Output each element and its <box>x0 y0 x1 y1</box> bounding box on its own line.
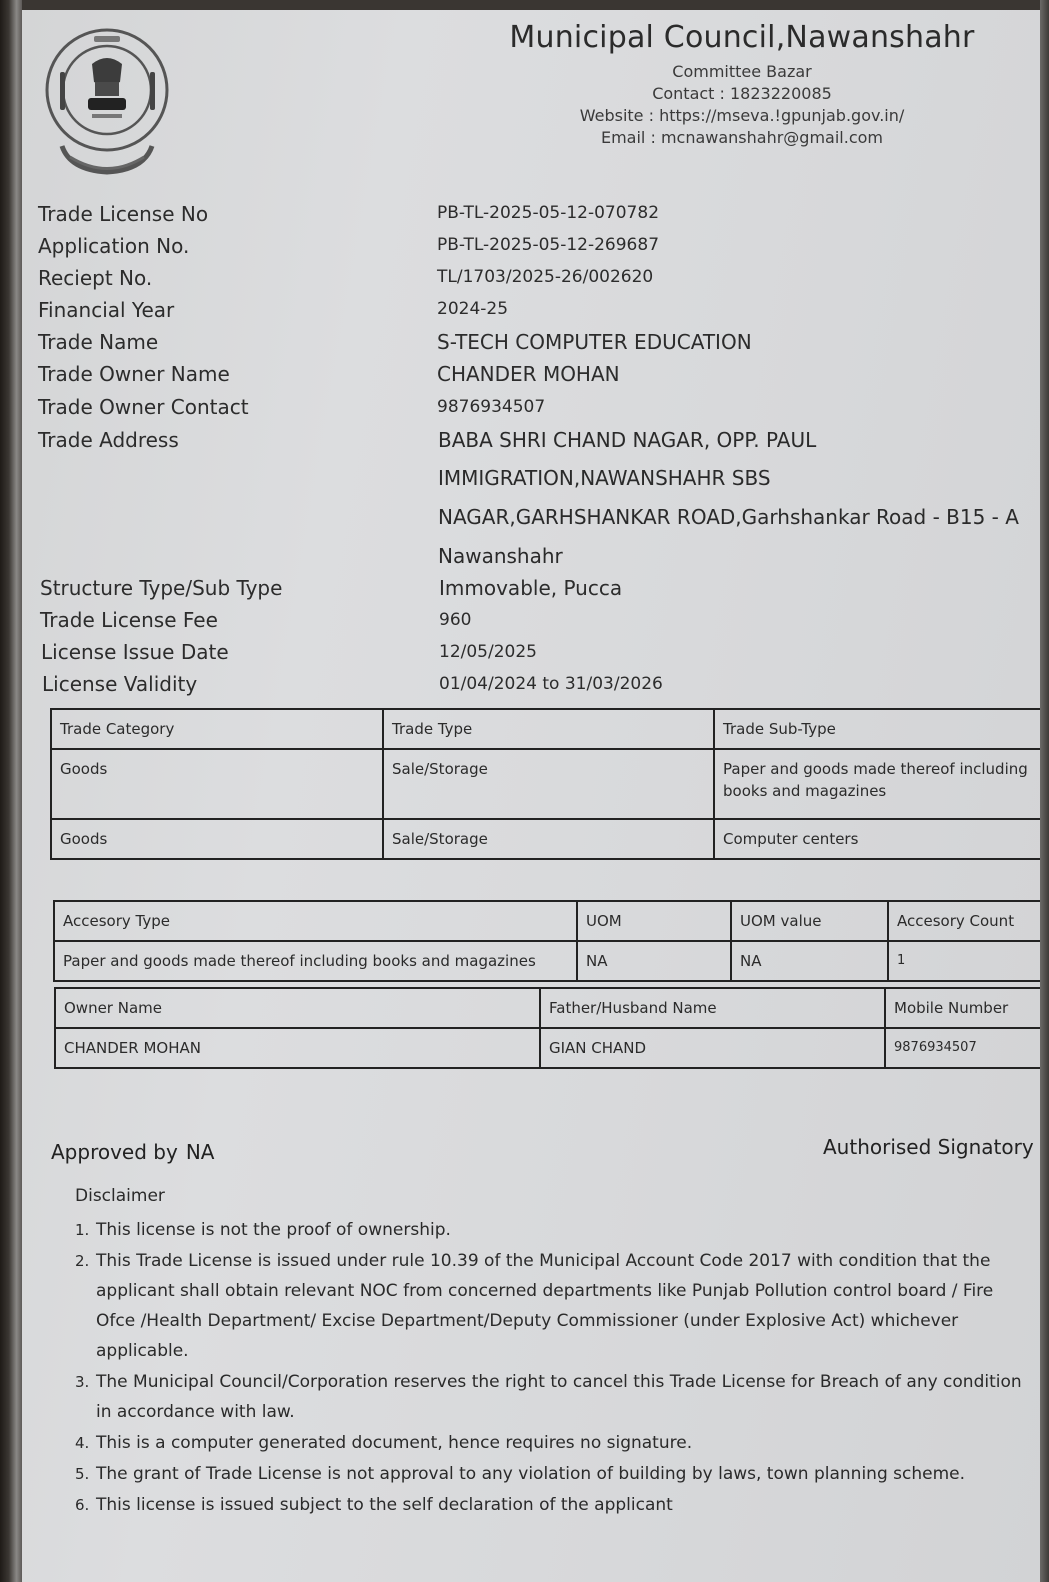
trade-owner-contact: 9876934507 <box>437 397 545 417</box>
table-row: Paper and goods made thereof including b… <box>54 941 1042 981</box>
application-no: PB-TL-2025-05-12-269687 <box>437 235 659 255</box>
issuer-title: Municipal Council,Nawanshahr <box>447 20 1037 55</box>
disclaimer-item: 4.This is a computer generated document,… <box>75 1428 1035 1458</box>
issuer-website: Website : https://mseva.!gpunjab.gov.in/ <box>447 105 1037 127</box>
financial-year: 2024-25 <box>437 299 508 319</box>
table-row: Goods Sale/Storage Computer centers <box>51 819 1042 859</box>
disclaimer-item: 2.This Trade License is issued under rul… <box>75 1246 1035 1366</box>
license-issue-date: 12/05/2025 <box>439 642 537 662</box>
license-document: Municipal Council,Nawanshahr Committee B… <box>22 10 1042 1582</box>
trade-address-line: Nawanshahr <box>438 544 563 568</box>
trade-address-line: NAGAR,GARHSHANKAR ROAD,Garhshankar Road … <box>438 505 1019 529</box>
accessory-table: Accesory Type UOM UOM value Accesory Cou… <box>53 900 1042 982</box>
government-emblem-icon <box>40 22 174 182</box>
issuer-header: Municipal Council,Nawanshahr Committee B… <box>447 20 1037 149</box>
trade-name: S-TECH COMPUTER EDUCATION <box>437 330 752 354</box>
approved-by: Approved byNA <box>51 1140 214 1164</box>
disclaimer-list: 1.This license is not the proof of owner… <box>75 1215 1035 1521</box>
table-header-row: Owner Name Father/Husband Name Mobile Nu… <box>55 988 1042 1028</box>
disclaimer-item: 1.This license is not the proof of owner… <box>75 1215 1035 1245</box>
table-header-row: Trade Category Trade Type Trade Sub-Type <box>51 709 1042 749</box>
table-row: Goods Sale/Storage Paper and goods made … <box>51 749 1042 819</box>
issuer-contact: Contact : 1823220085 <box>447 83 1037 105</box>
issuer-address: Committee Bazar <box>447 61 1037 83</box>
structure-type: Immovable, Pucca <box>439 576 622 600</box>
trade-license-no: PB-TL-2025-05-12-070782 <box>437 203 659 223</box>
disclaimer-item: 3.The Municipal Council/Corporation rese… <box>75 1367 1035 1427</box>
table-header-row: Accesory Type UOM UOM value Accesory Cou… <box>54 901 1042 941</box>
trade-owner-name: CHANDER MOHAN <box>437 362 620 386</box>
approved-by-value: NA <box>186 1140 215 1164</box>
issuer-email: Email : mcnawanshahr@gmail.com <box>447 127 1037 149</box>
table-row: CHANDER MOHAN GIAN CHAND 9876934507 <box>55 1028 1042 1068</box>
trade-address-line: BABA SHRI CHAND NAGAR, OPP. PAUL <box>438 428 816 452</box>
disclaimer-title: Disclaimer <box>75 1186 165 1206</box>
photo-background-left <box>0 0 22 1582</box>
disclaimer-item: 5.The grant of Trade License is not appr… <box>75 1459 1035 1489</box>
authorised-signatory: Authorised Signatory <box>823 1135 1034 1159</box>
trade-license-fee: 960 <box>439 610 471 630</box>
photo-background-right <box>1040 0 1049 1582</box>
disclaimer-item: 6.This license is issued subject to the … <box>75 1490 1035 1520</box>
license-validity: 01/04/2024 to 31/03/2026 <box>439 674 663 694</box>
receipt-no: TL/1703/2025-26/002620 <box>437 267 653 287</box>
trade-address-line: IMMIGRATION,NAWANSHAHR SBS <box>438 466 771 490</box>
owner-table: Owner Name Father/Husband Name Mobile Nu… <box>54 987 1042 1069</box>
trade-category-table: Trade Category Trade Type Trade Sub-Type… <box>50 708 1042 860</box>
photo-background-top <box>0 0 1049 10</box>
